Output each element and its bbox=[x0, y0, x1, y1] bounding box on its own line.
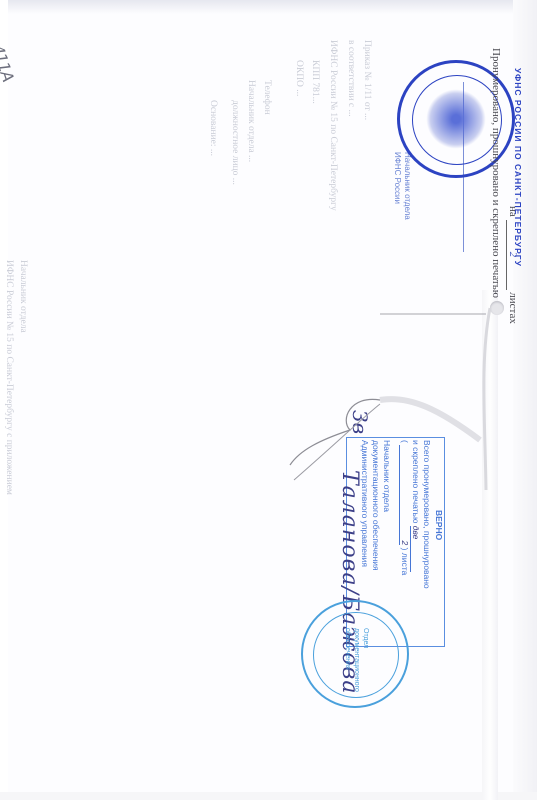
numbered-cert-count: 2 bbox=[506, 220, 519, 290]
binding-line2-prefix: и скреплено печатью bbox=[411, 440, 421, 523]
tax-officer-line1: Начальник отдела bbox=[402, 152, 412, 220]
admin-stamp-center1: Отдел bbox=[361, 628, 370, 692]
fold-crease bbox=[482, 290, 498, 800]
signature-prefix: Зв bbox=[348, 410, 372, 434]
numbered-cert-prefix: на bbox=[507, 206, 519, 217]
binding-count-digits: 2 bbox=[399, 445, 410, 545]
ghost-text-line: ИФНС России № 15 по Санкт-Петербургу с п… bbox=[3, 260, 14, 495]
ghost-text-line: в соответствии с ... bbox=[345, 40, 356, 117]
admin-stamp-center: Отдел документационного обеспечения bbox=[343, 628, 370, 692]
scan-edge-bottom bbox=[0, 792, 537, 800]
tax-officer-caption: Начальник отдела ИФНС России bbox=[392, 152, 412, 220]
binding-line2: и скреплено печатью две bbox=[410, 440, 421, 572]
numbered-cert-line1: Пронумеровано, прошнуровано и скреплено … bbox=[490, 48, 502, 298]
ghost-text-line: Приказ № 1/11 от ... bbox=[361, 40, 372, 120]
binding-title1: Начальник отдела bbox=[382, 440, 392, 512]
admin-stamp-center2: документационного bbox=[352, 628, 361, 692]
binding-line3-suffix: ) листа bbox=[400, 548, 410, 576]
binding-line3: ( 2 ) листа bbox=[399, 440, 410, 575]
tax-officer-line2: ИФНС России bbox=[392, 152, 402, 220]
binding-line3-prefix: ( bbox=[400, 440, 410, 443]
numbered-cert-line2: на 2 листах bbox=[506, 206, 519, 324]
binding-line1: Всего пронумеровано, прошнуровано bbox=[422, 440, 432, 589]
stamp-emblem-icon bbox=[426, 89, 486, 149]
admin-stamp-center3: обеспечения bbox=[343, 628, 352, 692]
scan-edge-top bbox=[8, 0, 528, 14]
binding-header: ВЕРНО bbox=[434, 440, 444, 540]
binding-title2: документационного обеспечения bbox=[371, 440, 381, 571]
ghost-text-line: Телефон bbox=[261, 80, 272, 115]
ghost-text-line: должностное лицо ... bbox=[229, 100, 240, 185]
ghost-text-line: КПП 781... bbox=[309, 60, 320, 104]
ghost-text-line: Основание: ... bbox=[207, 100, 218, 156]
ghost-text-line: Начальник отдела ... bbox=[245, 80, 256, 162]
binding-count-words: две bbox=[410, 526, 421, 572]
ghost-text-line: Начальник отдела bbox=[17, 260, 28, 333]
binding-hole bbox=[490, 301, 504, 315]
numbered-cert-suffix: листах bbox=[507, 292, 519, 324]
ghost-text-line: ИФНС России № 15 по Санкт-Петербургу bbox=[327, 40, 338, 211]
ghost-text-line: ОКПО ... bbox=[293, 60, 304, 96]
